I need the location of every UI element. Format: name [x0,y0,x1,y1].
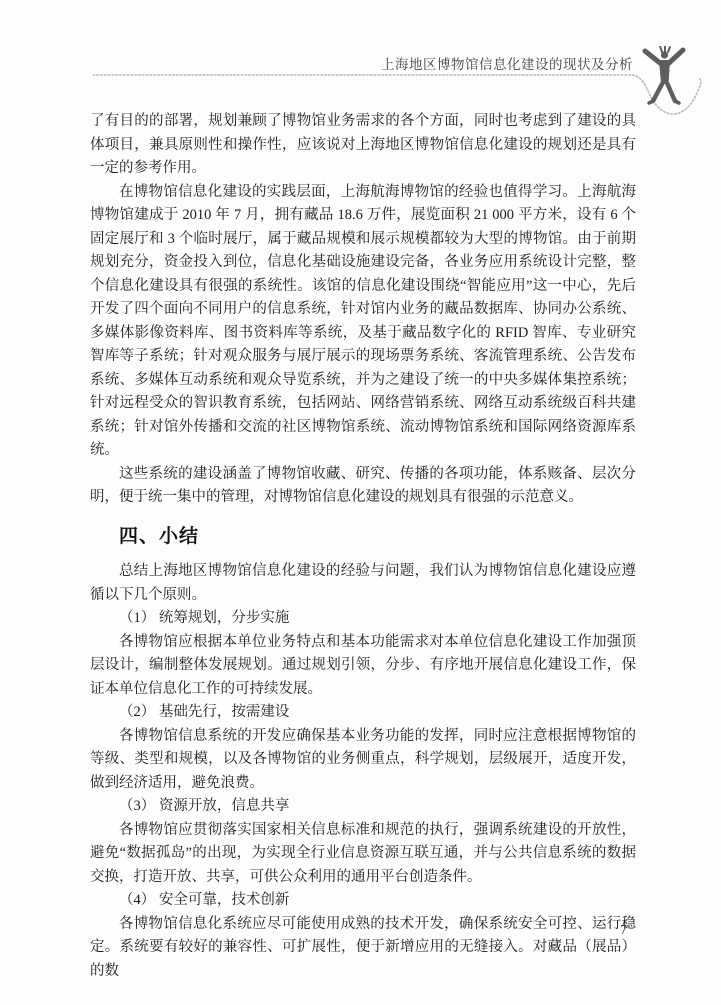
body-paragraph: （3） 资源开放，信息共享 [90,795,636,819]
body-paragraph: （4） 安全可靠，技术创新 [90,889,636,913]
body-paragraph: 各博物馆应贯彻落实国家相关信息标准和规范的执行，强调系统建设的开放性，避免“数据… [90,819,636,890]
jumping-person-icon [638,46,690,108]
body-paragraph: 总结上海地区博物馆信息化建设的经验与问题，我们认为博物馆信息化建设应遵循以下几个… [90,560,636,607]
body-paragraph: 各博物馆信息化系统应尽可能使用成熟的技术开发，确保系统安全可控、运行稳定。系统要… [90,913,636,984]
body-paragraph: （1） 统筹规划，分步实施 [90,607,636,631]
body-paragraph: 在博物馆信息化建设的实践层面，上海航海博物馆的经验也值得学习。上海航海博物馆建成… [90,181,636,463]
section-heading: 四、小结 [90,525,636,549]
document-page: 上海地区博物馆信息化建设的现状及分析 了有目的的部署，规划兼顾了博物馆业务需求的 [0,0,721,1005]
body-paragraph: 了有目的的部署，规划兼顾了博物馆业务需求的各个方面，同时也考虑到了建设的具体项目… [90,110,636,181]
body-paragraph: 各博物馆信息系统的开发应确保基本业务功能的发挥，同时应注意根据博物馆的等级、类型… [90,725,636,796]
running-head-title: 上海地区博物馆信息化建设的现状及分析 [381,53,633,73]
document-body: 了有目的的部署，规划兼顾了博物馆业务需求的各个方面，同时也考虑到了建设的具体项目… [90,110,636,983]
body-paragraph: 各博物馆应根据本单位业务特点和基本功能需求对本单位信息化建设工作加强顶层设计，编… [90,631,636,702]
body-paragraph: 这些系统的建设涵盖了博物馆收藏、研究、传播的各项功能，体系赅备、层次分明，便于统… [90,463,636,510]
page-number: 7 [620,922,627,938]
body-paragraph: （2） 基础先行，按需建设 [90,701,636,725]
